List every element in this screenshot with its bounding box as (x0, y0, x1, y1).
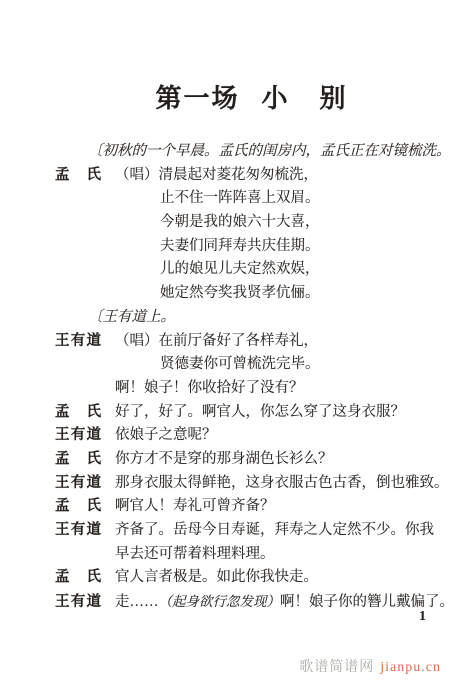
line-text: 你方才不是穿的那身湖色长衫么？ (115, 448, 333, 472)
script-line: 王有道走……（起身欲行忽发现）啊！娘子你的簪儿戴偏了。 (55, 590, 463, 614)
script-line: 孟氏好了，好了。啊官人，你怎么穿了这身衣服？ (55, 401, 463, 425)
line-text: （唱）在前厅备好了各样寿礼， (115, 330, 318, 354)
script-line: 王有道依娘子之意呢？ (55, 424, 463, 448)
speaker-name: 王有道 (55, 591, 101, 615)
line-text: 〔初秋的一个早晨。孟氏的闺房内，孟氏正在对镜梳洗。 (88, 140, 451, 164)
line-text: 止不住一阵阵喜上双眉。 (160, 187, 320, 211)
line-text: 官人言者极是。如此你我快走。 (115, 566, 318, 590)
script-line: 止不住一阵阵喜上双眉。 (160, 187, 463, 211)
script-line: 早去还可帮着料理料理。 (115, 543, 463, 567)
script-line: 啊！娘子！你收拾好了没有？ (115, 377, 463, 401)
line-text: 啊官人！寿礼可曾齐备？ (115, 495, 275, 519)
speaker-name: 王有道 (55, 424, 101, 448)
line-text: （唱）清晨起对菱花匆匆梳洗， (115, 164, 318, 188)
scene-title-part: 小 (261, 78, 289, 115)
script-line: 儿的娘见儿夫定然欢娱， (160, 258, 463, 282)
watermark-site-url: jianpu.cn (380, 660, 441, 676)
line-text: 那身衣服太得鲜艳，这身衣服古色古香，倒也雅致。 (115, 472, 449, 496)
speaker-name: 孟氏 (55, 566, 101, 590)
line-text: 早去还可帮着料理料理。 (115, 543, 275, 567)
script-line: 夫妻们同拜寿共庆佳期。 (160, 235, 463, 259)
scene-title-part: 第一场 (155, 78, 239, 115)
line-text: 齐备了。岳母今日寿诞，拜寿之人定然不少。你我 (115, 519, 434, 543)
script-line: 今朝是我的娘六十大喜， (160, 211, 463, 235)
speaker-name: 孟氏 (55, 164, 101, 188)
scene-title-row: 第一场 小 别 (0, 78, 471, 115)
line-text: 儿的娘见儿夫定然欢娱， (160, 258, 320, 282)
script-line: 贤德妻你可曾梳洗完毕。 (160, 353, 463, 377)
script-line: 〔王有道上。 (88, 306, 463, 330)
script-line: 孟氏（唱）清晨起对菱花匆匆梳洗， (55, 164, 463, 188)
speaker-name: 王有道 (55, 472, 101, 496)
watermark-site-name: 歌谱简谱网 (299, 656, 374, 676)
line-text: 好了，好了。啊官人，你怎么穿了这身衣服？ (115, 401, 405, 425)
scene-title-part: 别 (320, 78, 348, 115)
script-line: 孟氏你方才不是穿的那身湖色长衫么？ (55, 448, 463, 472)
scanned-script-page: 第一场 小 别 〔初秋的一个早晨。孟氏的闺房内，孟氏正在对镜梳洗。孟氏（唱）清晨… (0, 0, 471, 690)
page-number: 1 (419, 609, 426, 625)
watermark: 歌谱简谱网 jianpu.cn (299, 656, 441, 676)
line-text: 夫妻们同拜寿共庆佳期。 (160, 235, 320, 259)
script-line: 王有道那身衣服太得鲜艳，这身衣服古色古香，倒也雅致。 (55, 472, 463, 496)
script-line: 孟氏官人言者极是。如此你我快走。 (55, 566, 463, 590)
script-line: 王有道（唱）在前厅备好了各样寿礼， (55, 330, 463, 354)
speaker-name: 孟氏 (55, 401, 101, 425)
speaker-name: 王有道 (55, 330, 101, 354)
line-text: 啊！娘子！你收拾好了没有？ (115, 377, 304, 401)
line-text: 〔王有道上。 (88, 306, 175, 330)
line-text: 她定然夸奖我贤孝伉俪。 (160, 282, 320, 306)
script-line: 她定然夸奖我贤孝伉俪。 (160, 282, 463, 306)
speaker-name: 孟氏 (55, 448, 101, 472)
script-line: 孟氏啊官人！寿礼可曾齐备？ (55, 495, 463, 519)
scene-title: 第一场 小 别 (155, 78, 347, 115)
speaker-name: 王有道 (55, 519, 101, 543)
line-text: 贤德妻你可曾梳洗完毕。 (160, 353, 320, 377)
speaker-name: 孟氏 (55, 495, 101, 519)
line-text: 依娘子之意呢？ (115, 424, 217, 448)
line-text: 今朝是我的娘六十大喜， (160, 211, 320, 235)
line-text: 走……（起身欲行忽发现）啊！娘子你的簪儿戴偏了。 (115, 590, 454, 615)
script-line: 王有道齐备了。岳母今日寿诞，拜寿之人定然不少。你我 (55, 519, 463, 543)
script-body: 〔初秋的一个早晨。孟氏的闺房内，孟氏正在对镜梳洗。孟氏（唱）清晨起对菱花匆匆梳洗… (55, 140, 463, 614)
script-line: 〔初秋的一个早晨。孟氏的闺房内，孟氏正在对镜梳洗。 (88, 140, 463, 164)
